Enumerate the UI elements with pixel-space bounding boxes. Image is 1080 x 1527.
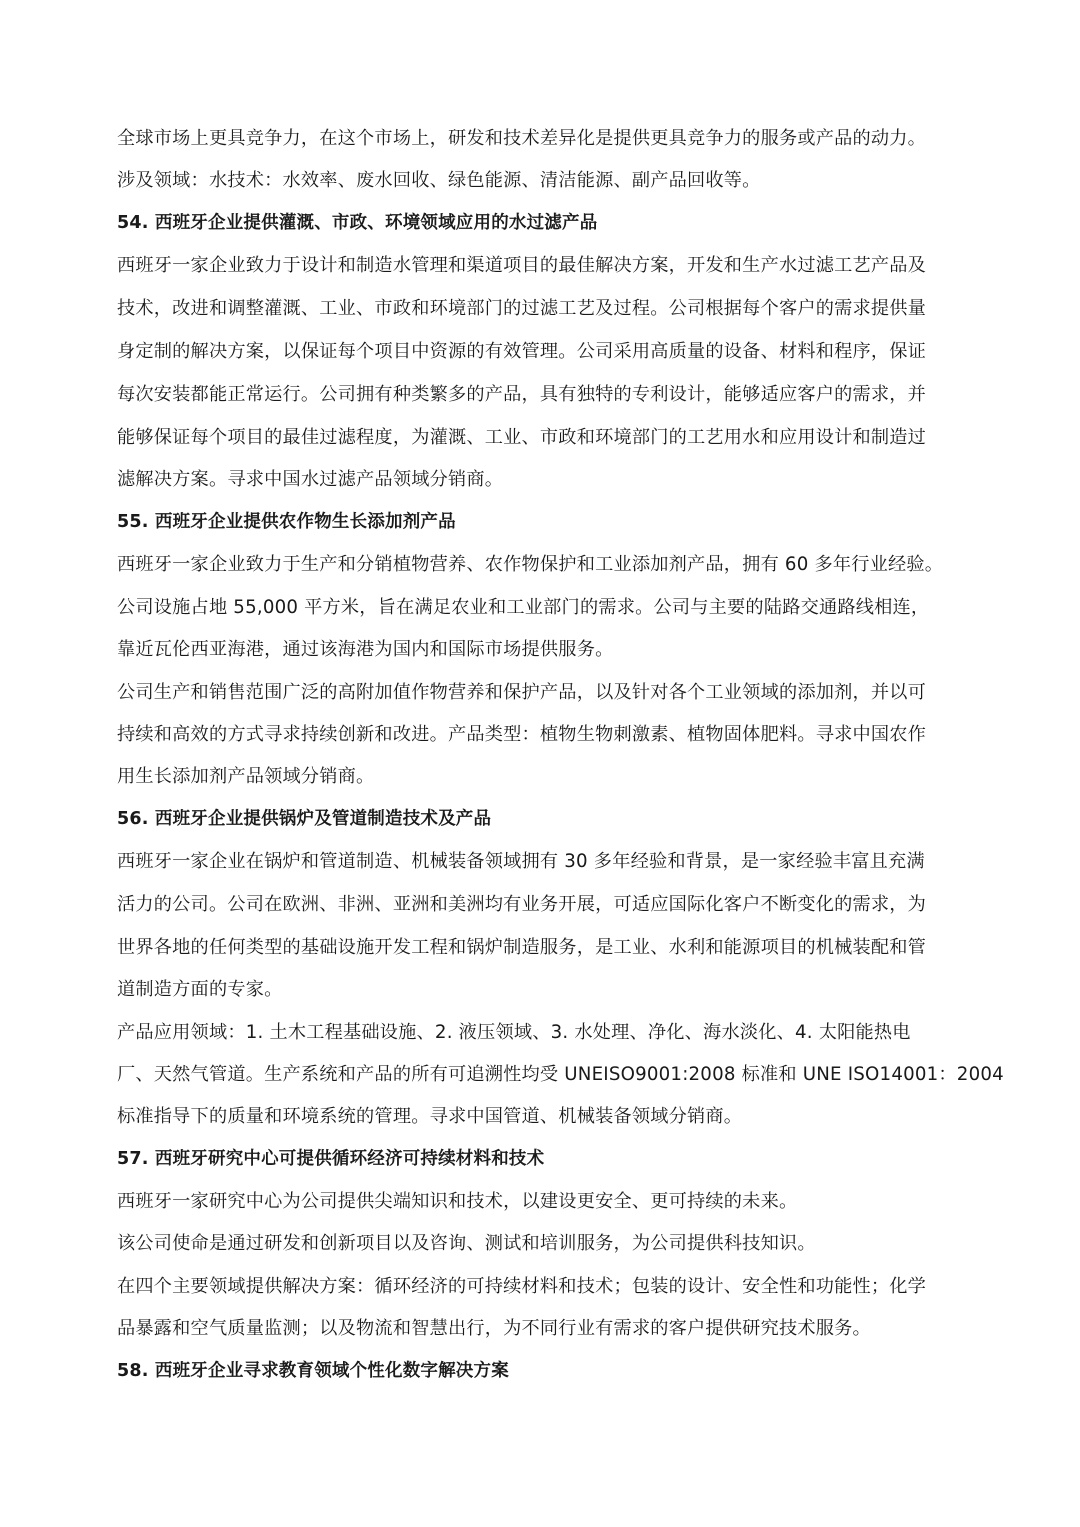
paragraph-line: 公司生产和销售范围广泛的高附加值作物营养和保护产品，以及针对各个工业领域的添加剂…: [117, 681, 926, 705]
paragraph-line: 全球市场上更具竞争力，在这个市场上，研发和技术差异化是提供更具竞争力的服务或产品…: [117, 127, 926, 151]
paragraph-line: 品暴露和空气质量监测；以及物流和智慧出行，为不同行业有需求的客户提供研究技术服务…: [117, 1317, 871, 1341]
paragraph-line: 标准指导下的质量和环境系统的管理。寻求中国管道、机械装备领域分销商。: [117, 1105, 742, 1129]
paragraph-line: 厂、天然气管道。生产系统和产品的所有可追溯性均受 UNEISO9001:2008…: [117, 1063, 1004, 1087]
paragraph-line: 能够保证每个项目的最佳过滤程度，为灌溉、工业、市政和环境部门的工艺用水和应用设计…: [117, 426, 926, 450]
paragraph-line: 道制造方面的专家。: [117, 978, 283, 1002]
section-heading: 54. 西班牙企业提供灌溉、市政、环境领域应用的水过滤产品: [117, 211, 597, 235]
paragraph-line: 用生长添加剂产品领域分销商。: [117, 765, 374, 789]
paragraph-line: 世界各地的任何类型的基础设施开发工程和锅炉制造服务，是工业、水利和能源项目的机械…: [117, 936, 926, 960]
paragraph-line: 身定制的解决方案，以保证每个项目中资源的有效管理。公司采用高质量的设备、材料和程…: [117, 340, 926, 364]
paragraph-line: 西班牙一家企业致力于生产和分销植物营养、农作物保护和工业添加剂产品，拥有 60 …: [117, 553, 943, 577]
paragraph-line: 靠近瓦伦西亚海港，通过该海港为国内和国际市场提供服务。: [117, 638, 613, 662]
paragraph-line: 技术，改进和调整灌溉、工业、市政和环境部门的过滤工艺及过程。公司根据每个客户的需…: [117, 297, 926, 321]
paragraph-line: 西班牙一家企业致力于设计和制造水管理和渠道项目的最佳解决方案，开发和生产水过滤工…: [117, 254, 926, 278]
paragraph-line: 持续和高效的方式寻求持续创新和改进。产品类型：植物生物刺激素、植物固体肥料。寻求…: [117, 723, 926, 747]
section-heading: 58. 西班牙企业寻求教育领域个性化数字解决方案: [117, 1359, 509, 1383]
paragraph-line: 活力的公司。公司在欧洲、非洲、亚洲和美洲均有业务开展，可适应国际化客户不断变化的…: [117, 893, 926, 917]
paragraph-line: 西班牙一家研究中心为公司提供尖端知识和技术，以建设更安全、更可持续的未来。: [117, 1190, 797, 1214]
paragraph-line: 在四个主要领域提供解决方案：循环经济的可持续材料和技术；包装的设计、安全性和功能…: [117, 1275, 926, 1299]
paragraph-line: 每次安装都能正常运行。公司拥有种类繁多的产品，具有独特的专利设计，能够适应客户的…: [117, 383, 926, 407]
section-heading: 56. 西班牙企业提供锅炉及管道制造技术及产品: [117, 807, 491, 831]
paragraph-line: 涉及领域：水技术：水效率、废水回收、绿色能源、清洁能源、副产品回收等。: [117, 169, 761, 193]
paragraph-line: 公司设施占地 55,000 平方米，旨在满足农业和工业部门的需求。公司与主要的陆…: [117, 596, 929, 620]
paragraph-line: 产品应用领域：1. 土木工程基础设施、2. 液压领域、3. 水处理、净化、海水淡…: [117, 1021, 911, 1045]
section-heading: 55. 西班牙企业提供农作物生长添加剂产品: [117, 510, 456, 534]
paragraph-line: 西班牙一家企业在锅炉和管道制造、机械装备领域拥有 30 多年经验和背景，是一家经…: [117, 850, 925, 874]
paragraph-line: 该公司使命是通过研发和创新项目以及咨询、测试和培训服务，为公司提供科技知识。: [117, 1232, 816, 1256]
paragraph-line: 滤解决方案。寻求中国水过滤产品领域分销商。: [117, 468, 503, 492]
section-heading: 57. 西班牙研究中心可提供循环经济可持续材料和技术: [117, 1147, 544, 1171]
